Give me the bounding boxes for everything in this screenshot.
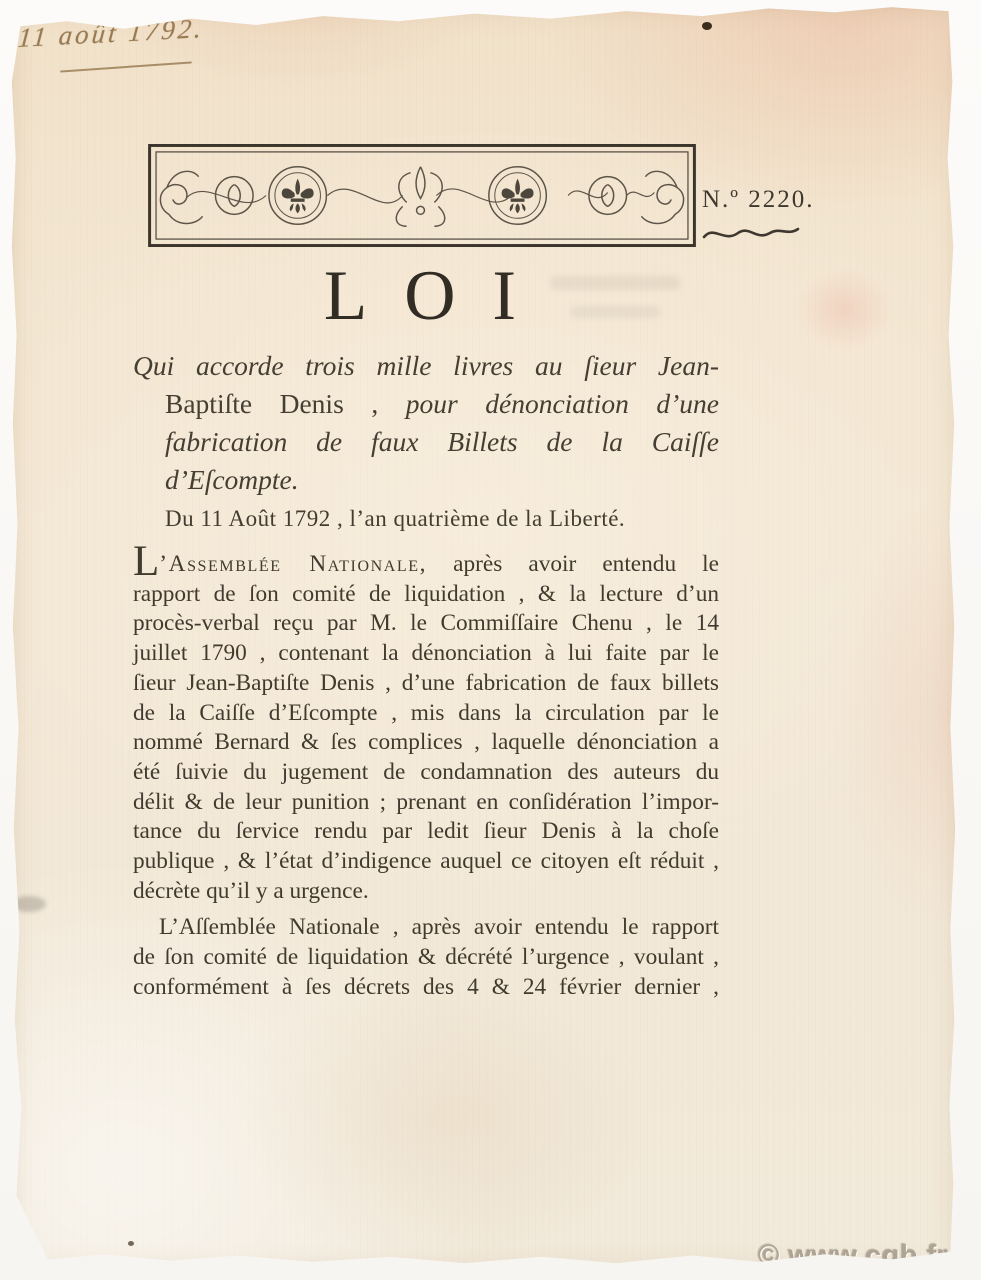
handwritten-underline-stroke <box>60 61 192 72</box>
subtitle-line: d’Eſcompte. <box>133 461 719 499</box>
subtitle-line: Qui accorde trois mille livres au ſieur … <box>133 347 719 385</box>
body-line: été ſuivie du jugement de condamnation d… <box>133 758 719 788</box>
body-line: tance du ſervice rendu par ledit ſieur D… <box>133 817 719 847</box>
fleur-de-lis-icon <box>282 179 534 214</box>
page-title: LOI <box>123 256 717 337</box>
show-through-ghost <box>570 306 660 318</box>
document-page: 11 août 1792. <box>10 6 958 1272</box>
body-line: publique , & l’état d’indigence auquel c… <box>133 847 719 877</box>
body-line: décrète qu’il y a urgence. <box>133 877 719 907</box>
body-line: L’Assemblée Nationale, après avoir enten… <box>133 550 719 580</box>
body-line: procès-verbal reçu par M. le Commiſſaire… <box>133 609 719 639</box>
body-paragraph-1: L’Assemblée Nationale, après avoir enten… <box>133 550 719 906</box>
subtitle-italic-segment: pour dénonciation d’une <box>406 388 719 419</box>
fleur-de-lis-banner-ornament <box>145 143 699 248</box>
lead-initial: L <box>133 538 159 585</box>
paper-smudge <box>12 896 46 912</box>
body-line: délit & de leur punition ; prenant en co… <box>133 788 719 818</box>
body-line: L’Aſſemblée Nationale , après avoir ente… <box>133 912 719 942</box>
cgb-watermark: © www.cgb.fr <box>758 1240 949 1273</box>
body-paragraph-2: L’Aſſemblée Nationale , après avoir ente… <box>133 912 719 1002</box>
flourish-icon <box>700 222 804 246</box>
subtitle-line: Baptiſte Denis , pour dénonciation d’une <box>133 385 719 423</box>
body-line: rapport de ſon comité de liquidation , &… <box>133 580 719 610</box>
body-line: conformément à ſes décrets des 4 & 24 fé… <box>133 972 719 1002</box>
subtitle-block: Qui accorde trois mille livres au ſieur … <box>133 347 719 499</box>
paper-speck <box>128 1241 134 1246</box>
body-line: de ſon comité de liquidation & décrété l… <box>133 942 719 972</box>
subtitle-roman-segment: Baptiſte Denis , <box>165 388 406 419</box>
dateline: Du 11 Août 1792 , l’an quatrième de la L… <box>133 506 719 532</box>
smallcaps-segment: ’Assemblée Nationale, <box>159 551 427 577</box>
subtitle-line: fabrication de faux Billets de la Caiſſe <box>133 423 719 461</box>
body-line: de la Caiſſe d’Eſcompte , mis dans la ci… <box>133 699 719 729</box>
body-line: ſieur Jean-Baptiſte Denis , d’une fabric… <box>133 669 719 699</box>
document-number: N.º 2220. <box>702 186 815 214</box>
body-line-rest: après avoir entendu le <box>427 551 719 577</box>
show-through-ghost <box>550 276 680 290</box>
body-line: nommé Bernard & ſes complices , laquelle… <box>133 728 719 758</box>
photo-background: 11 août 1792. <box>0 0 981 1280</box>
handwritten-date: 11 août 1792. <box>17 13 206 54</box>
paper-speck <box>702 22 712 30</box>
body-line: juillet 1790 , contenant la dénonciation… <box>133 639 719 669</box>
